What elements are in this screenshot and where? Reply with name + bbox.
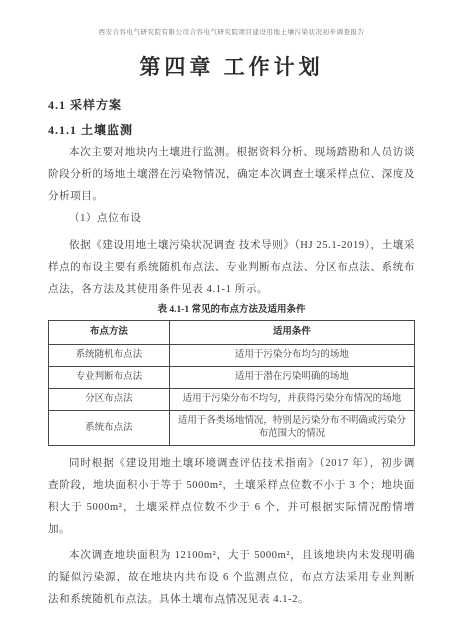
table-header-condition: 适用条件 [169, 321, 414, 345]
table-caption: 表 4.1-1 常见的布点方法及适用条件 [48, 303, 415, 317]
table-row: 专业判断布点法 适用于潜在污染明确的场地 [49, 367, 415, 389]
table-cell-condition: 适用于污染分布不均匀，并获得污染分布情况的场地 [169, 389, 414, 411]
table-cell-method: 专业判断布点法 [49, 367, 170, 389]
layout-methods-table: 布点方法 适用条件 系统随机布点法 适用于污染分布均匀的场地 专业判断布点法 适… [48, 320, 415, 446]
table-cell-method: 系统布点法 [49, 411, 170, 446]
document-page: 西安合容电气研究院有限公司合容电气研究院项目建设用地土壤污染状况初步调查报告 第… [0, 0, 452, 639]
table-header-row: 布点方法 适用条件 [49, 321, 415, 345]
paragraph-monitoring-intro: 本次主要对地块内土壤进行监测。根据资料分析、现场踏勘和人员访谈阶段分析的场地土壤… [48, 142, 415, 208]
section-heading-4-1: 4.1 采样方案 [48, 97, 415, 113]
table-row: 系统随机布点法 适用于污染分布均匀的场地 [49, 345, 415, 367]
table-cell-method: 系统随机布点法 [49, 345, 170, 367]
paragraph-layout-methods: 依据《建设用地土壤污染状况调查 技术导则》（HJ 25.1-2019），土壤采样… [48, 235, 415, 301]
table-cell-condition: 适用于各类场地情况，特别是污染分布不明确或污染分布范围大的情况 [169, 411, 414, 446]
table-cell-method: 分区布点法 [49, 389, 170, 411]
sub-item-point-layout: （1）点位布设 [48, 208, 415, 230]
table-row: 系统布点法 适用于各类场地情况，特别是污染分布不明确或污染分布范围大的情况 [49, 411, 415, 446]
table-row: 分区布点法 适用于污染分布不均匀，并获得污染分布情况的场地 [49, 389, 415, 411]
table-header-method: 布点方法 [49, 321, 170, 345]
table-cell-condition: 适用于污染分布均匀的场地 [169, 345, 414, 367]
chapter-title: 第四章 工作计划 [48, 52, 415, 82]
section-heading-4-1-1: 4.1.1 土壤监测 [48, 122, 415, 138]
running-header: 西安合容电气研究院有限公司合容电气研究院项目建设用地土壤污染状况初步调查报告 [48, 28, 415, 38]
table-cell-condition: 适用于潜在污染明确的场地 [169, 367, 414, 389]
page-number: - 31 - [0, 597, 452, 606]
paragraph-guideline-2017: 同时根据《建设用地土壤环境调查评估技术指南》（2017 年），初步调查阶段，地块… [48, 453, 415, 541]
